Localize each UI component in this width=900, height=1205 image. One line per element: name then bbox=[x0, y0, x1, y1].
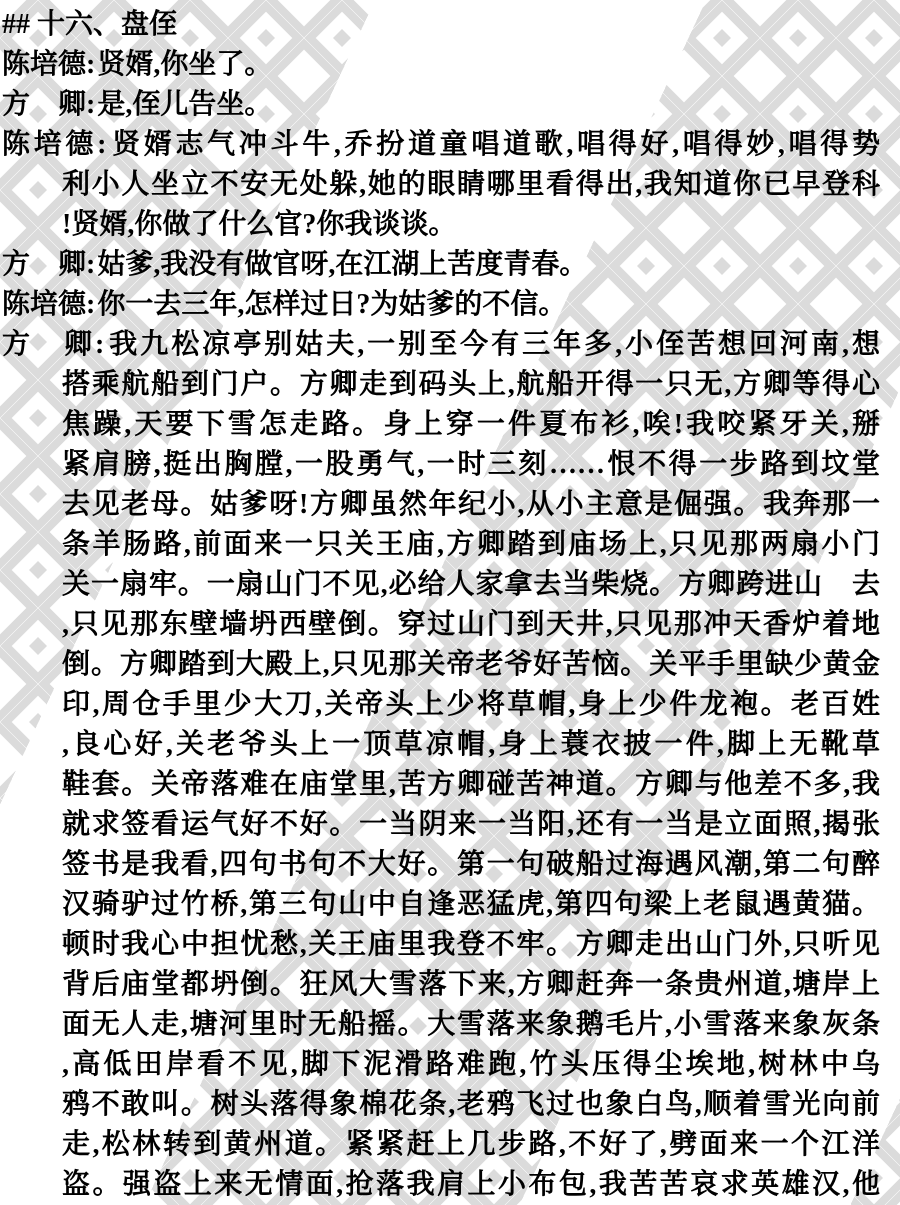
line-text: 印,周仓手里少大刀,关帝头上少将草帽,身上少件龙袍。老百姓 bbox=[62, 689, 880, 720]
text-line: 就求签看运气好不好。一当阴来一当阳,还有一当是立面照,揭张 bbox=[2, 805, 880, 845]
section-heading: ## 十六、盘侄 bbox=[2, 5, 880, 45]
text-line: 走,松林转到黄州道。紧紧赶上几步路,不好了,劈面来一个江洋 bbox=[2, 1125, 880, 1165]
text-line: 方 卿:姑爹,我没有做官呀,在江湖上苦度青春。 bbox=[2, 245, 880, 285]
text-line: 方 卿:是,侄儿告坐。 bbox=[2, 85, 880, 125]
line-text: 汉骑驴过竹桥,第三句山中自逢恶猛虎,第四句梁上老鼠遇黄猫。 bbox=[62, 889, 880, 920]
text-line: ,良心好,关老爷头上一顶草凉帽,身上蓑衣披一件,脚上无靴草 bbox=[2, 725, 880, 765]
line-text: 关一扇牢。一扇山门不见,必给人家拿去当柴烧。方卿跨进山 去 bbox=[62, 569, 880, 600]
text-line: 条羊肠路,前面来一只关王庙,方卿踏到庙场上,只见那两扇小门 bbox=[2, 525, 880, 565]
line-text: 就求签看运气好不好。一当阴来一当阳,还有一当是立面照,揭张 bbox=[62, 809, 880, 840]
line-text: 去见老母。姑爹呀!方卿虽然年纪小,从小主意是倔强。我奔那一 bbox=[62, 489, 880, 520]
line-text: 面无人走,塘河里时无船摇。大雪落来象鹅毛片,小雪落来象灰条 bbox=[62, 1009, 880, 1040]
text-line: ,只见那东壁墙坍西壁倒。穿过山门到天井,只见那冲天香炉着地 bbox=[2, 605, 880, 645]
text-line: 顿时我心中担忧愁,关王庙里我登不牢。方卿走出山门外,只听见 bbox=[2, 925, 880, 965]
text-line: 紧肩膀,挺出胸膛,一股勇气,一时三刻……恨不得一步路到坟堂 bbox=[2, 445, 880, 485]
line-text: 贤婿志气冲斗牛,乔扮道童唱道歌,唱得好,唱得妙,唱得势 bbox=[108, 129, 880, 160]
text-line: 利小人坐立不安无处躲,她的眼睛哪里看得出,我知道你已早登科 bbox=[2, 165, 880, 205]
line-text: 走,松林转到黄州道。紧紧赶上几步路,不好了,劈面来一个江洋 bbox=[62, 1129, 880, 1160]
line-text: ,只见那东壁墙坍西壁倒。穿过山门到天井,只见那冲天香炉着地 bbox=[62, 609, 880, 640]
speaker-label: 方 卿: bbox=[2, 249, 95, 280]
line-text: 条羊肠路,前面来一只关王庙,方卿踏到庙场上,只见那两扇小门 bbox=[62, 529, 880, 560]
line-text: 是,侄儿告坐。 bbox=[97, 89, 272, 120]
text-line: 签书是我看,四句书句不大好。第一句破船过海遇风潮,第二句醉 bbox=[2, 845, 880, 885]
line-text: ,良心好,关老爷头上一顶草凉帽,身上蓑衣披一件,脚上无靴草 bbox=[62, 729, 880, 760]
text-line: 方 卿:我九松凉亭别姑夫,一别至今有三年多,小侄苦想回河南,想 bbox=[2, 325, 880, 365]
text-line: !贤婿,你做了什么官?你我谈谈。 bbox=[2, 205, 880, 245]
line-text: 背后庙堂都坍倒。狂风大雪落下来,方卿赶奔一条贵州道,塘岸上 bbox=[62, 969, 880, 1000]
line-text: 你一去三年,怎样过日?为姑爹的不信。 bbox=[97, 289, 566, 320]
line-text: 鞋套。关帝落难在庙堂里,苦方卿碰苦神道。方卿与他差不多,我 bbox=[62, 769, 880, 800]
line-text: 搭乘航船到门户。方卿走到码头上,航船开得一只无,方卿等得心 bbox=[62, 369, 880, 400]
line-text: ,高低田岸看不见,脚下泥滑路难跑,竹头压得尘埃地,树林中乌 bbox=[62, 1049, 880, 1080]
text-line: 背后庙堂都坍倒。狂风大雪落下来,方卿赶奔一条贵州道,塘岸上 bbox=[2, 965, 880, 1005]
text-line: 陈培德:贤婿志气冲斗牛,乔扮道童唱道歌,唱得好,唱得妙,唱得势 bbox=[2, 125, 880, 165]
text-line: 关一扇牢。一扇山门不见,必给人家拿去当柴烧。方卿跨进山 去 bbox=[2, 565, 880, 605]
speaker-label: 陈培德: bbox=[2, 129, 106, 160]
heading-text: ## 十六、盘侄 bbox=[2, 9, 177, 40]
line-text: 我九松凉亭别姑夫,一别至今有三年多,小侄苦想回河南,想 bbox=[106, 329, 880, 360]
speaker-label: 陈培德: bbox=[2, 289, 95, 320]
line-text: 姑爹,我没有做官呀,在江湖上苦度青春。 bbox=[97, 249, 587, 280]
line-text: 贤婿,你坐了。 bbox=[97, 49, 272, 80]
line-text: 鸦不敢叫。树头落得象棉花条,老鸦飞过也象白鸟,顺着雪光向前 bbox=[62, 1089, 880, 1120]
text-line: 鞋套。关帝落难在庙堂里,苦方卿碰苦神道。方卿与他差不多,我 bbox=[2, 765, 880, 805]
text-line: ,高低田岸看不见,脚下泥滑路难跑,竹头压得尘埃地,树林中乌 bbox=[2, 1045, 880, 1085]
speaker-label: 陈培德: bbox=[2, 49, 95, 80]
text-line: 汉骑驴过竹桥,第三句山中自逢恶猛虎,第四句梁上老鼠遇黄猫。 bbox=[2, 885, 880, 925]
text-line: 面无人走,塘河里时无船摇。大雪落来象鹅毛片,小雪落来象灰条 bbox=[2, 1005, 880, 1045]
line-text: 紧肩膀,挺出胸膛,一股勇气,一时三刻……恨不得一步路到坟堂 bbox=[62, 449, 880, 480]
line-text: 利小人坐立不安无处躲,她的眼睛哪里看得出,我知道你已早登科 bbox=[62, 169, 880, 200]
text-line: 陈培德:贤婿,你坐了。 bbox=[2, 45, 880, 85]
text-line: 倒。方卿踏到大殿上,只见那关帝老爷好苦恼。关平手里缺少黄金 bbox=[2, 645, 880, 685]
text-line: 陈培德:你一去三年,怎样过日?为姑爹的不信。 bbox=[2, 285, 880, 325]
text-line: 鸦不敢叫。树头落得象棉花条,老鸦飞过也象白鸟,顺着雪光向前 bbox=[2, 1085, 880, 1125]
line-text: 焦躁,天要下雪怎走路。身上穿一件夏布衫,唉!我咬紧牙关,掰 bbox=[62, 409, 880, 440]
line-text: 签书是我看,四句书句不大好。第一句破船过海遇风潮,第二句醉 bbox=[62, 849, 880, 880]
text-line: 去见老母。姑爹呀!方卿虽然年纪小,从小主意是倔强。我奔那一 bbox=[2, 485, 880, 525]
text-line: 盗。强盗上来无情面,抢落我肩上小布包,我苦苦哀求英雄汉,他 bbox=[2, 1165, 880, 1205]
line-text: 盗。强盗上来无情面,抢落我肩上小布包,我苦苦哀求英雄汉,他 bbox=[62, 1169, 880, 1200]
speaker-label: 方 卿: bbox=[2, 89, 95, 120]
line-text: 倒。方卿踏到大殿上,只见那关帝老爷好苦恼。关平手里缺少黄金 bbox=[62, 649, 880, 680]
text-line: 焦躁,天要下雪怎走路。身上穿一件夏布衫,唉!我咬紧牙关,掰 bbox=[2, 405, 880, 445]
speaker-label: 方 卿: bbox=[2, 329, 104, 360]
line-text: 顿时我心中担忧愁,关王庙里我登不牢。方卿走出山门外,只听见 bbox=[62, 929, 880, 960]
text-line: 搭乘航船到门户。方卿走到码头上,航船开得一只无,方卿等得心 bbox=[2, 365, 880, 405]
script-text: ## 十六、盘侄陈培德:贤婿,你坐了。方 卿:是,侄儿告坐。陈培德:贤婿志气冲斗… bbox=[0, 0, 900, 1205]
text-line: 印,周仓手里少大刀,关帝头上少将草帽,身上少件龙袍。老百姓 bbox=[2, 685, 880, 725]
line-text: !贤婿,你做了什么官?你我谈谈。 bbox=[62, 209, 456, 240]
